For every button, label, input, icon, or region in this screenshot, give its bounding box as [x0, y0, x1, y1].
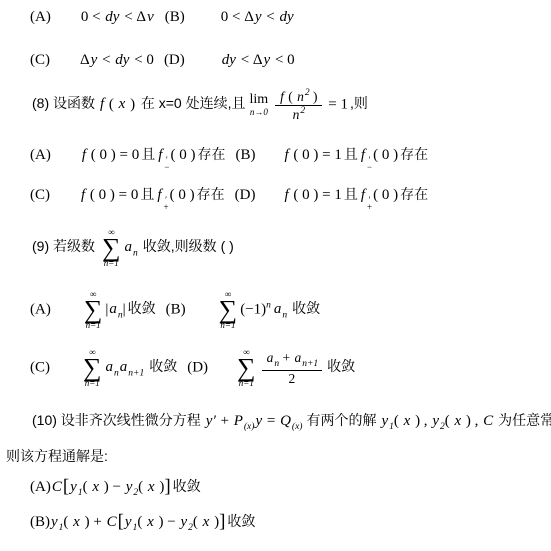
math-text: < 0 — [130, 52, 153, 68]
text-run: 且 — [342, 186, 360, 202]
text-run: 有两个的解 — [304, 412, 378, 428]
math-italic: x — [72, 514, 81, 530]
math-text: ) — [126, 96, 139, 112]
q10-stem: (10) 设非齐次线性微分方程y′ + P(x)y = Q(x)有两个的解y1(… — [30, 412, 551, 434]
math-italic: Q — [279, 413, 292, 429]
math-italic: y — [179, 514, 188, 530]
math-italic: x — [453, 413, 462, 429]
q9-option-row-ab: (A)∞∑n=1|an|收敛(B)∞∑n=1(−1)nan收敛 — [30, 290, 322, 330]
spacer — [158, 312, 166, 313]
math-italic: a — [273, 301, 283, 317]
sigma-icon: ∑ — [219, 299, 238, 321]
text-run: 且 — [342, 146, 360, 162]
text-run: (9) 若级数 — [30, 238, 97, 254]
math-text: ) , — [462, 413, 482, 429]
text-run: 收敛 — [225, 513, 257, 529]
spacer — [208, 370, 234, 371]
sigma-icon: ∑ — [237, 357, 256, 379]
subscript: (x) — [244, 422, 255, 432]
document-page: (A)0 < dy < Δv(B)0 < Δy < dy (C)Δy < dy … — [0, 0, 551, 551]
math-text: ( — [285, 89, 296, 104]
stacked-scripts: ′+ — [367, 197, 372, 211]
text-run: (10) 设非齐次线性微分方程 — [30, 412, 203, 428]
math-italic: f — [157, 147, 163, 163]
math-text: (A) — [30, 479, 51, 495]
q7-option-row-ab: (A)0 < dy < Δv(B)0 < Δy < dy — [30, 8, 295, 27]
q10-option-b: (B)y1( x ) + C[y1( x ) − y2( x )]收敛 — [30, 510, 257, 535]
math-italic: y — [124, 514, 133, 530]
spacer — [155, 20, 165, 21]
q8-option-row-cd: (C)f ( 0 ) = 0且f′+( 0 )存在(D)f ( 0 ) = 1且… — [30, 186, 430, 211]
math-text: (C) — [30, 187, 50, 203]
q9-stem: (9) 若级数∞∑n=1an收敛,则级数 ( ) — [30, 228, 236, 268]
fraction: an + an+12 — [262, 350, 323, 386]
sigma-icon: ∑ — [83, 357, 102, 379]
math-text: < 0 — [271, 52, 294, 68]
math-italic: C — [51, 479, 63, 495]
math-text: ( — [137, 514, 146, 530]
math-text: ) − — [155, 514, 180, 530]
summation-sigma: ∞∑n=1 — [102, 228, 121, 268]
math-italic: C — [482, 413, 494, 429]
q8-option-row-ab: (A)f ( 0 ) = 0且f′−( 0 )存在(B)f ( 0 ) = 1且… — [30, 146, 430, 171]
text-run: ,则 — [348, 95, 370, 111]
stacked-scripts: ′− — [367, 157, 372, 171]
math-italic: dy — [104, 9, 120, 25]
math-text: (A) — [30, 9, 51, 25]
math-text: ( 0 ) — [170, 147, 195, 163]
math-text: ( — [138, 479, 147, 495]
text-run: 存在 — [195, 146, 227, 162]
math-text: < — [98, 52, 114, 68]
summation-sigma: ∞∑n=1 — [83, 348, 102, 388]
math-text: ( 0 ) = 0 — [86, 187, 138, 203]
spacer — [185, 63, 221, 64]
sigma-icon: ∑ — [102, 237, 121, 259]
math-italic: y — [254, 9, 263, 25]
math-text: ( — [105, 96, 118, 112]
limit-word: lim — [249, 93, 268, 108]
fraction-denominator: n2 — [288, 106, 310, 123]
summation-sigma: ∞∑n=1 — [237, 348, 256, 388]
text-run: (8) 设函数 — [30, 95, 97, 111]
superscript: n — [266, 300, 271, 310]
math-italic: n — [296, 89, 305, 104]
math-italic: x — [403, 413, 412, 429]
text-run: 则该方程通解是: — [4, 448, 110, 464]
text-run: 收敛,则级数 ( ) — [141, 238, 236, 254]
math-italic: v — [146, 9, 155, 25]
math-text: < Δ — [237, 52, 263, 68]
math-text: = 1 — [325, 96, 348, 112]
math-text: < Δ — [120, 9, 146, 25]
text-run: 收敛 — [147, 358, 179, 374]
math-italic: P — [233, 413, 244, 429]
q9-option-row-cd: (C)∞∑n=1anan+1收敛(D)∞∑n=1an + an+12收敛 — [30, 348, 357, 388]
math-text: (D) — [164, 52, 185, 68]
math-italic: a — [108, 301, 118, 317]
superscript: 2 — [300, 106, 305, 116]
math-text: (B) — [165, 9, 185, 25]
math-text: ( 0 ) — [373, 187, 398, 203]
sign-subscript: + — [164, 204, 169, 211]
math-italic: f — [156, 187, 162, 203]
text-run: 收敛 — [126, 300, 158, 316]
math-text: ) − — [100, 479, 125, 495]
q10-option-a: (A)C[y1( x ) − y2( x )]收敛 — [30, 475, 203, 500]
spacer — [51, 312, 81, 313]
math-italic: f — [360, 147, 366, 163]
spacer — [50, 63, 80, 64]
math-italic: a — [124, 239, 134, 255]
math-italic: dy — [221, 52, 237, 68]
text-run: 收敛 — [325, 358, 357, 374]
sigma-icon: ∑ — [84, 299, 103, 321]
math-text: ( — [394, 413, 403, 429]
spacer — [50, 370, 80, 371]
sign-subscript: − — [367, 164, 372, 171]
math-text: ( 0 ) — [170, 187, 195, 203]
math-text: 0 < — [81, 9, 104, 25]
spacer — [51, 158, 81, 159]
math-text: ) , — [411, 413, 431, 429]
math-italic: y — [69, 479, 78, 495]
spacer — [255, 198, 283, 199]
sum-lower-limit: n=1 — [85, 379, 100, 388]
math-text: ( 0 ) — [373, 147, 398, 163]
math-italic: y — [263, 52, 272, 68]
math-text: + — [279, 350, 293, 365]
spacer — [186, 312, 216, 313]
math-text: (B) — [235, 147, 255, 163]
math-text: ) + — [81, 514, 106, 530]
big-bracket: ] — [164, 476, 170, 497]
limit-subscript: n→0 — [250, 108, 268, 117]
sum-lower-limit: n=1 — [239, 379, 254, 388]
math-text: 2 — [288, 371, 295, 386]
math-text: (D) — [235, 187, 256, 203]
stacked-scripts: ′− — [164, 157, 169, 171]
spacer — [185, 20, 221, 21]
limit-operator: limn→0 — [249, 93, 268, 117]
math-text: ′ + — [213, 413, 232, 429]
math-text: ( — [63, 514, 72, 530]
math-italic: x — [147, 479, 156, 495]
math-text: (B) — [30, 514, 50, 530]
fraction-numerator: f ( n2 ) — [275, 88, 321, 106]
math-text: ) — [310, 89, 318, 104]
subscript: n+1 — [128, 368, 144, 378]
text-run: 收敛 — [290, 300, 322, 316]
sum-lower-limit: n=1 — [104, 259, 119, 268]
q10-stem-cont: 则该方程通解是: — [4, 448, 110, 467]
math-italic: dy — [279, 9, 295, 25]
math-italic: dy — [114, 52, 130, 68]
math-text: = — [263, 413, 279, 429]
text-run: 在 x=0 处连续,且 — [139, 95, 248, 111]
math-italic: a — [293, 350, 302, 365]
math-text: (C) — [30, 359, 50, 375]
math-italic: a — [105, 359, 115, 375]
big-bracket: [ — [118, 511, 124, 532]
math-italic: f — [360, 187, 366, 203]
subscript: (x) — [292, 422, 303, 432]
math-italic: x — [91, 479, 100, 495]
spacer — [50, 198, 80, 199]
summation-sigma: ∞∑n=1 — [219, 290, 238, 330]
math-italic: y — [50, 514, 59, 530]
math-italic: y — [380, 413, 389, 429]
math-text: (A) — [30, 147, 51, 163]
math-italic: x — [202, 514, 211, 530]
spacer — [270, 107, 272, 108]
sum-lower-limit: n=1 — [220, 321, 235, 330]
sign-subscript: + — [367, 204, 372, 211]
q8-stem: (8) 设函数f ( x ) 在 x=0 处连续,且limn→0f ( n2 )… — [30, 88, 370, 122]
math-text: ) — [210, 514, 219, 530]
math-text: ( 0 ) = 1 — [290, 147, 342, 163]
fraction-denominator: 2 — [284, 371, 299, 387]
text-run: 收敛 — [171, 478, 203, 494]
sum-lower-limit: n=1 — [86, 321, 101, 330]
spacer — [154, 63, 164, 64]
math-italic: x — [146, 514, 155, 530]
spacer — [97, 250, 99, 251]
math-text: ( 0 ) = 0 — [87, 147, 139, 163]
text-run: 存在 — [398, 146, 430, 162]
stacked-scripts: ′+ — [164, 197, 169, 211]
q7-option-row-cd: (C)Δy < dy < 0(D)dy < Δy < 0 — [30, 51, 295, 70]
math-text: (D) — [187, 359, 208, 375]
math-text: ( 0 ) = 1 — [290, 187, 342, 203]
subscript: n+1 — [302, 359, 318, 369]
math-text: (B) — [166, 301, 186, 317]
text-run: 存在 — [398, 186, 430, 202]
math-italic: y — [431, 413, 440, 429]
sign-subscript: − — [164, 164, 169, 171]
spacer — [227, 198, 235, 199]
math-italic: a — [119, 359, 129, 375]
math-italic: C — [106, 514, 118, 530]
text-run: 为任意常数 — [496, 412, 551, 428]
spacer — [255, 158, 283, 159]
math-text: (−1) — [240, 301, 266, 317]
summation-sigma: ∞∑n=1 — [84, 290, 103, 330]
math-text: ( — [193, 514, 202, 530]
math-text: < — [263, 9, 279, 25]
math-text: Δ — [80, 52, 90, 68]
text-run: 且 — [139, 146, 157, 162]
fraction-numerator: an + an+1 — [262, 350, 323, 371]
math-italic: y — [254, 413, 263, 429]
text-run: 且 — [138, 186, 156, 202]
spacer — [51, 20, 81, 21]
math-text: (A) — [30, 301, 51, 317]
fraction: f ( n2 )n2 — [275, 88, 321, 122]
math-text: 0 < Δ — [221, 9, 254, 25]
text-run: 存在 — [195, 186, 227, 202]
math-text: (C) — [30, 52, 50, 68]
